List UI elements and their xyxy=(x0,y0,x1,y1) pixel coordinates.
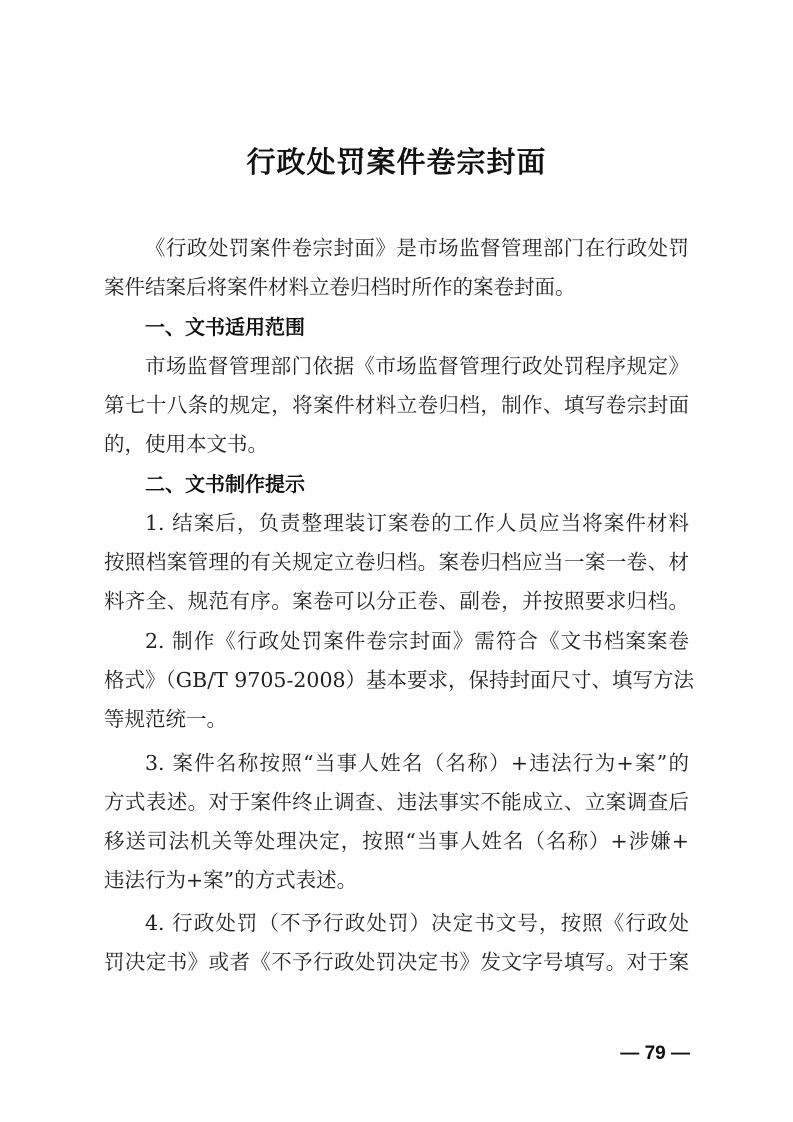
text-line: 《行政处罚案件卷宗封面》是市场监督管理部门在行政处罚 xyxy=(145,235,689,261)
text-line: 按照档案管理的有关规定立卷归档。案卷归档应当一案一卷、材 xyxy=(104,549,689,575)
text-line: 等规范统一。 xyxy=(104,706,689,732)
text-line: 移送司法机关等处理决定，按照“当事人姓名（名称）+涉嫌+ xyxy=(104,828,689,854)
text-line: 案件结案后将案件材料立卷归档时所作的案卷封面。 xyxy=(104,274,689,300)
section-heading-tips: 二、文书制作提示 xyxy=(145,471,305,497)
text-line: 3. 案件名称按照“当事人姓名（名称）+违法行为+案”的 xyxy=(145,750,689,776)
text-line: 第七十八条的规定，将案件材料立卷归档，制作、填写卷宗封面 xyxy=(104,392,689,418)
text-line: 1. 结案后，负责整理装订案卷的工作人员应当将案件材料 xyxy=(145,510,689,536)
text-line: 2. 制作《行政处罚案件卷宗封面》需符合《文书档案案卷 xyxy=(145,628,689,654)
text-line: 格式》（GB/T 9705-2008）基本要求，保持封面尺寸、填写方法 xyxy=(104,667,689,693)
page-number: — 79 — xyxy=(610,1043,690,1065)
section-heading-scope: 一、文书适用范围 xyxy=(145,314,305,340)
text-line: 违法行为+案”的方式表述。 xyxy=(104,867,689,893)
text-line: 4. 行政处罚（不予行政处罚）决定书文号，按照《行政处 xyxy=(145,910,689,936)
text-line: 罚决定书》或者《不予行政处罚决定书》发文字号填写。对于案 xyxy=(104,949,689,975)
text-line: 料齐全、规范有序。案卷可以分正卷、副卷，并按照要求归档。 xyxy=(104,588,689,614)
text-line: 方式表述。对于案件终止调查、违法事实不能成立、立案调查后 xyxy=(104,789,689,815)
text-line: 的，使用本文书。 xyxy=(104,431,689,457)
text-line: 市场监督管理部门依据《市场监督管理行政处罚程序规定》 xyxy=(145,353,689,379)
document-title: 行政处罚案件卷宗封面 xyxy=(0,140,793,181)
